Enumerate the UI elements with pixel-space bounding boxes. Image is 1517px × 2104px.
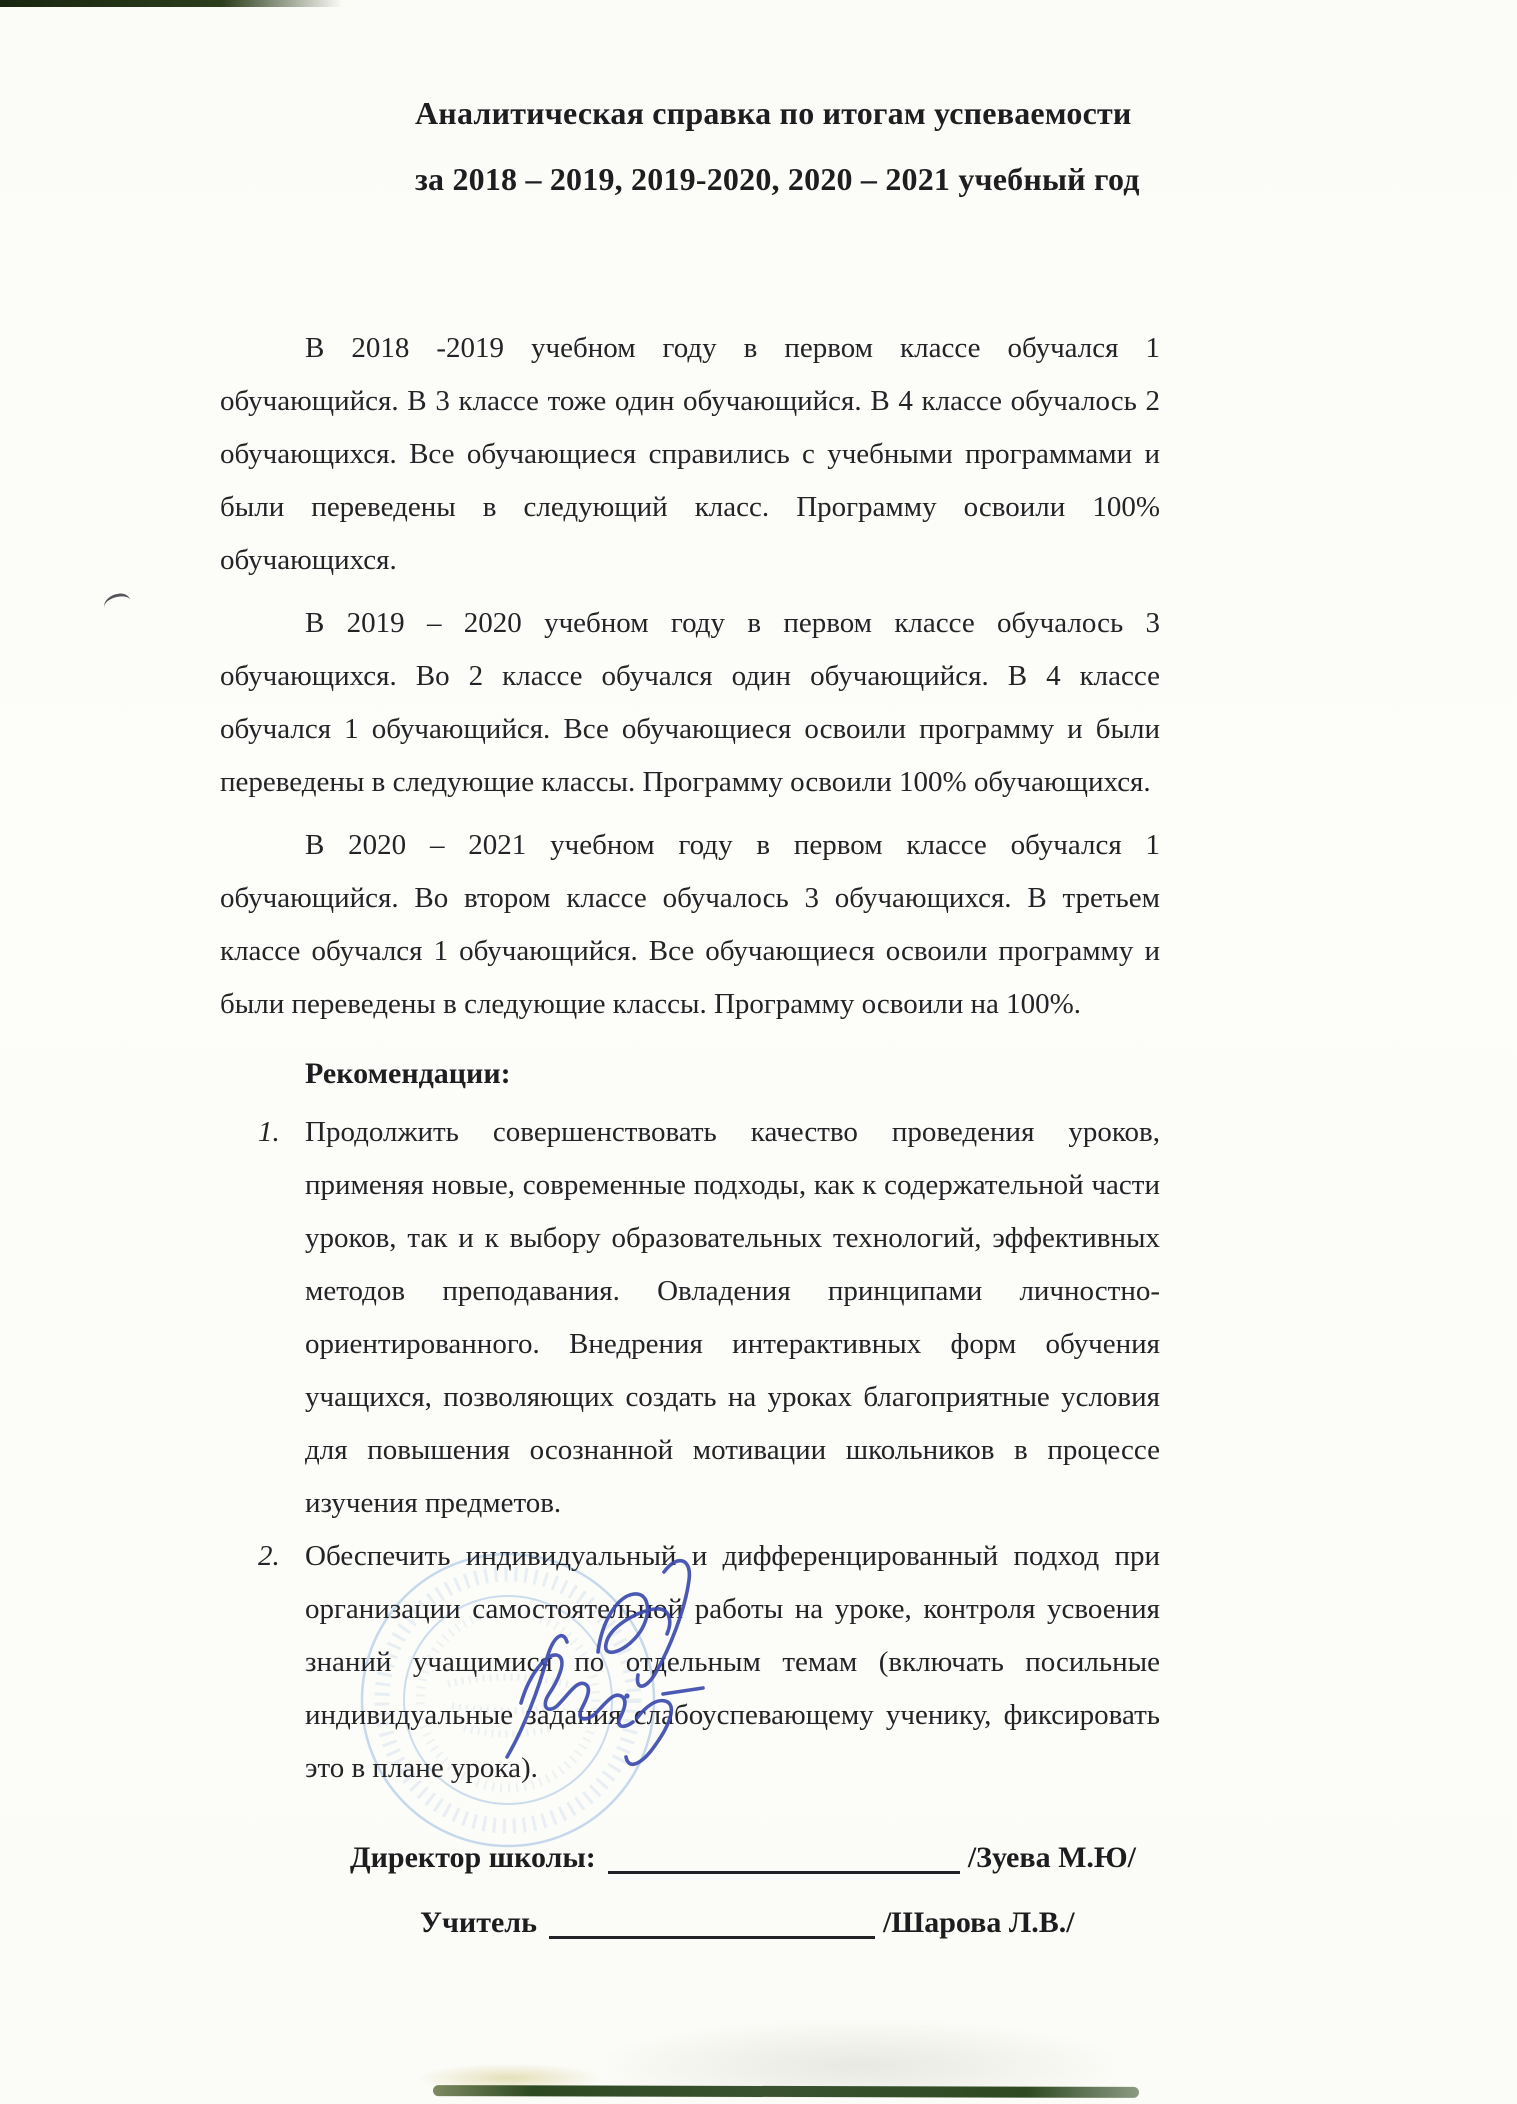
recommendations-list: 1. Продолжить совершенствовать качество … [220, 1106, 1160, 1795]
margin-pen-mark [102, 592, 131, 608]
paragraph-2018-2019: В 2018 -2019 учебном году в первом класс… [220, 322, 1160, 587]
director-role-label: Директор школы: [350, 1841, 596, 1875]
teacher-signature-row: Учитель /Шарова Л.В./ [420, 1906, 1160, 1945]
recommendations-heading: Рекомендации: [220, 1047, 1160, 1100]
title-block: Аналитическая справка по итогам успеваем… [220, 0, 1160, 200]
recommendation-number-1: 1. [258, 1106, 280, 1159]
teacher-signature-line [549, 1906, 875, 1939]
document-content: Аналитическая справка по итогам успеваем… [220, 0, 1160, 1945]
director-signature-row: Директор школы: /Зуева М.Ю/ [350, 1841, 1160, 1880]
teacher-name: /Шарова Л.В./ [883, 1906, 1075, 1940]
scanned-document-page: Аналитическая справка по итогам успеваем… [0, 0, 1517, 2104]
director-name: /Зуева М.Ю/ [968, 1841, 1136, 1875]
signature-block: Директор школы: /Зуева М.Ю/ Учитель /Шар… [220, 1841, 1160, 1945]
document-title: Аналитическая справка по итогам успеваем… [415, 92, 1160, 134]
recommendation-item-1: 1. Продолжить совершенствовать качество … [220, 1106, 1160, 1530]
recommendation-text-2: Обеспечить индивидуальный и дифференциро… [305, 1540, 1160, 1784]
director-signature-line [608, 1841, 960, 1874]
recommendation-item-2: 2. Обеспечить индивидуальный и дифференц… [220, 1530, 1160, 1795]
recommendation-number-2: 2. [258, 1530, 280, 1583]
paragraph-2020-2021: В 2020 – 2021 учебном году в первом клас… [220, 819, 1160, 1031]
teacher-role-label: Учитель [420, 1906, 537, 1940]
paragraph-2019-2020: В 2019 – 2020 учебном году в первом клас… [220, 597, 1160, 809]
recommendation-text-1: Продолжить совершенствовать качество про… [305, 1116, 1160, 1519]
document-subtitle: за 2018 – 2019, 2019-2020, 2020 – 2021 у… [415, 158, 1160, 200]
scan-edge-artifact-bottom [433, 2085, 1139, 2098]
